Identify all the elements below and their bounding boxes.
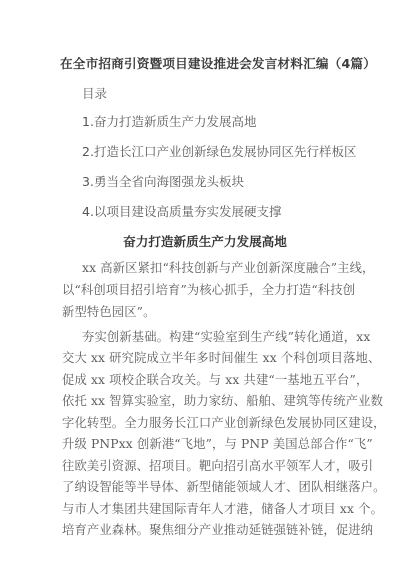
paragraph-line: 培育产业森林。聚焦细分产业推动延链强链补链，促进纳 (62, 520, 352, 538)
toc-item-text: 勇当全省向海图强龙头板块 (94, 174, 244, 189)
paragraph-line: 与市人才集团共建国际青年人才港，储备人才项目 xx 个。 (62, 499, 352, 517)
paragraph-line: xx 高新区紧扣“科技创新与产业创新深度融合”主线， (82, 258, 372, 276)
document-title: 在全市招商引资暨项目建设推进会发言材料汇编（4篇） (60, 53, 350, 72)
paragraph-line: 了纳设智能等半导体、新型储能领域人才、团队相继落户。 (62, 477, 352, 495)
toc-item-number: 2. (82, 144, 94, 159)
paragraph-line: 交大 xx 研究院成立半年多时间催生 xx 个科创项目落地、 (62, 348, 352, 366)
paragraph-line: 往欧美引资源、招项目。靶向招引高水平领军人才，吸引 (62, 456, 352, 474)
paragraph-line: 促成 xx 项校企联合攻关。与 xx 共建“一基地五平台”， (62, 370, 352, 388)
paragraph-line: 字化转型。全力服务长江口产业创新绿色发展协同区建设， (62, 413, 352, 431)
section-heading: 奋力打造新质生产力发展高地 (0, 231, 410, 250)
toc-item-text: 打造长江口产业创新绿色发展协同区先行样板区 (94, 144, 357, 159)
toc-item-number: 3. (82, 174, 94, 189)
document-page: 在全市招商引资暨项目建设推进会发言材料汇编（4篇） 目录 1.奋力打造新质生产力… (0, 0, 410, 580)
toc-item-number: 1. (82, 114, 94, 129)
paragraph-line: 依托 xx 智算实验室，助力家纺、船舶、建筑等传统产业数 (62, 391, 352, 409)
toc-item-number: 4. (82, 204, 94, 219)
toc-item[interactable]: 1.奋力打造新质生产力发展高地 (82, 112, 256, 130)
paragraph-line: 新型特色园区”。 (62, 302, 352, 320)
paragraph-line: 升级 PNPxx 创新港“飞地”，与 PNP 美国总部合作“飞” (62, 434, 352, 452)
toc-item-text: 奋力打造新质生产力发展高地 (94, 114, 257, 129)
toc-item[interactable]: 4.以项目建设高质量夯实发展硬支撑 (82, 202, 281, 220)
paragraph-line: 以“科创项目招引培育”为核心抓手，全力打造“科技创 (62, 280, 352, 298)
paragraph-line: 夯实创新基础。构建“实验室到生产线”转化通道，xx (82, 327, 372, 345)
toc-label: 目录 (82, 84, 107, 102)
toc-item-text: 以项目建设高质量夯实发展硬支撑 (94, 204, 282, 219)
toc-item[interactable]: 2.打造长江口产业创新绿色发展协同区先行样板区 (82, 142, 356, 160)
toc-item[interactable]: 3.勇当全省向海图强龙头板块 (82, 172, 244, 190)
